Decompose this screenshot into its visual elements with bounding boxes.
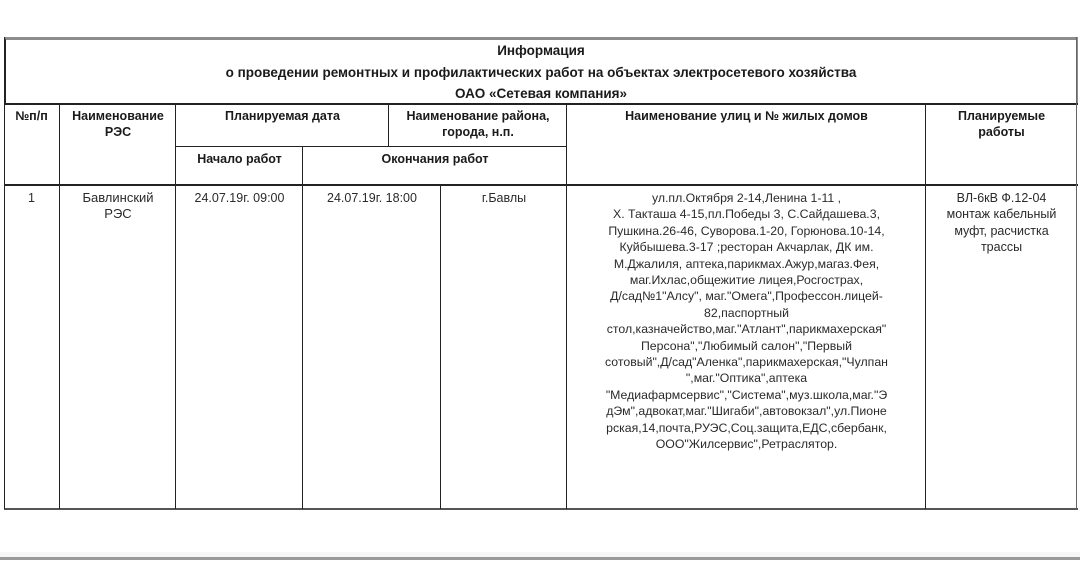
streets-line: ",маг."Оптика",аптека — [568, 370, 925, 386]
streets-line: Куйбышева.3-17 ;ресторан Акчарлак, ДК им… — [568, 239, 925, 255]
cell-district: г.Бавлы — [442, 186, 566, 206]
cell-res-name: Бавлинский РЭС — [61, 186, 175, 223]
cell-works: ВЛ-6кВ Ф.12-04монтаж кабельныймуфт, расч… — [927, 186, 1076, 256]
header-streets: Наименование улиц и № жилых домов — [568, 105, 925, 124]
streets-line: сотовый",Д/сад"Аленка",парикмахерская,"Ч… — [568, 354, 925, 370]
col-divider — [440, 185, 441, 509]
document-page: Информация о проведении ремонтных и проф… — [0, 0, 1080, 562]
header-works: Планируемые работы — [927, 105, 1076, 140]
title-subheading: о проведении ремонтных и профилактически… — [6, 65, 1076, 80]
col-divider — [302, 146, 303, 509]
title-block: Информация о проведении ремонтных и проф… — [4, 37, 1078, 105]
table-bottom-rule — [4, 508, 1078, 510]
col-divider — [59, 104, 60, 509]
streets-line: ул.пл.Октября 2-14,Ленина 1-11 , — [568, 190, 925, 206]
streets-line: Персона","Любимый салон","Первый — [568, 338, 925, 354]
streets-line: Д/сад№1"Алсу", маг."Омега",Профессон.лиц… — [568, 288, 925, 304]
header-end: Окончания работ — [304, 148, 566, 167]
header-start: Начало работ — [177, 148, 302, 167]
streets-line: рская,14,почта,РУЭС,Соц.защита,ЕДС,сберб… — [568, 420, 925, 436]
cell-num: 1 — [4, 186, 59, 206]
streets-line: маг.Ихлас,общежитие лицея,Росгострах, — [568, 272, 925, 288]
works-line: трассы — [927, 239, 1076, 255]
works-line: ВЛ-6кВ Ф.12-04 — [927, 190, 1076, 206]
col-divider — [925, 104, 926, 509]
header-res-name: Наименование РЭС — [61, 105, 175, 140]
header-planned-date: Планируемая дата — [177, 105, 388, 124]
streets-line: "Медиафармсервис","Система",муз.школа,ма… — [568, 387, 925, 403]
streets-line: 82,паспортный — [568, 305, 925, 321]
table-right-border — [1076, 37, 1077, 509]
streets-line: дЭм",адвокат,маг."Шигаби",автовокзал",ул… — [568, 403, 925, 419]
title-heading: Информация — [6, 43, 1076, 58]
streets-line: Х. Такташа 4-15,пл.Победы 3, С.Сайдашева… — [568, 206, 925, 222]
col-divider — [566, 104, 567, 509]
streets-line: М.Джалиля, аптека,парикмах.Ажур,магаз.Фе… — [568, 256, 925, 272]
col-divider — [175, 104, 176, 509]
streets-line: ООО"Жилсервис",Ретраслятор. — [568, 436, 925, 452]
streets-line: Пушкина.26-46, Суворова.1-20, Горюнова.1… — [568, 223, 925, 239]
header-num: №п/п — [4, 105, 59, 124]
streets-line: стол,казначейство,маг."Атлант",парикмахе… — [568, 321, 925, 337]
header-district: Наименование района, города, н.п. — [390, 105, 566, 140]
cell-end: 24.07.19г. 18:00 — [304, 186, 440, 206]
col-divider — [388, 104, 389, 147]
works-line: муфт, расчистка — [927, 223, 1076, 239]
cell-streets: ул.пл.Октября 2-14,Ленина 1-11 ,Х. Такта… — [568, 186, 925, 453]
cell-start: 24.07.19г. 09:00 — [177, 186, 302, 206]
works-line: монтаж кабельный — [927, 206, 1076, 222]
page-bottom-rule — [0, 557, 1080, 560]
header-split-rule — [175, 146, 566, 147]
title-company: ОАО «Сетевая компания» — [6, 86, 1076, 101]
